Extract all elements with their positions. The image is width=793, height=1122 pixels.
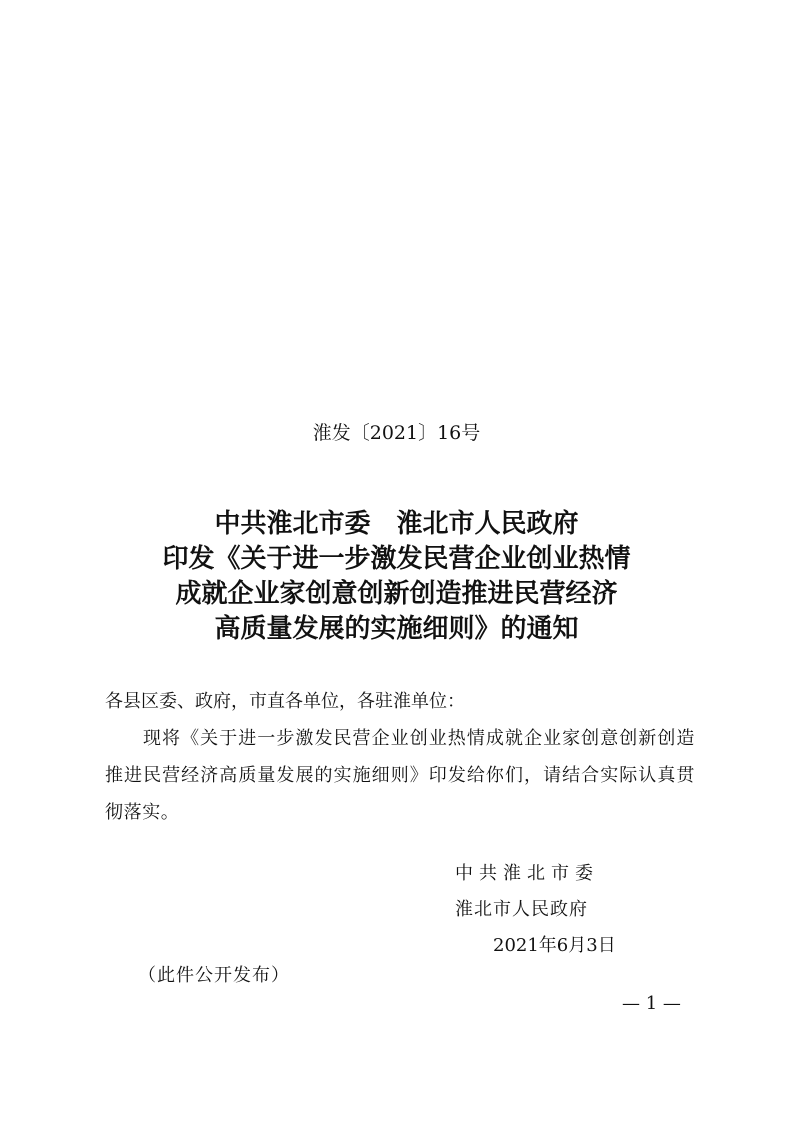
public-release-note: （此件公开发布） [138, 961, 290, 987]
title-line-4: 高质量发展的实施细则》的通知 [0, 612, 793, 647]
document-body: 各县区委、政府，市直各单位，各驻淮单位： 现将《关于进一步激发民营企业创业热情成… [105, 683, 695, 831]
body-paragraph: 现将《关于进一步激发民营企业创业热情成就企业家创意创新创造推进民营经济高质量发展… [105, 720, 695, 831]
signature-block: 中共淮北市委 淮北市人民政府 2021年6月3日 [455, 856, 616, 964]
page-number: — 1 — [622, 993, 681, 1014]
document-title: 中共淮北市委 淮北市人民政府 印发《关于进一步激发民营企业创业热情 成就企业家创… [0, 507, 793, 647]
title-line-3: 成就企业家创意创新创造推进民营经济 [0, 577, 793, 612]
document-page: 淮发〔2021〕16号 中共淮北市委 淮北市人民政府 印发《关于进一步激发民营企… [0, 0, 793, 1122]
title-line-1: 中共淮北市委 淮北市人民政府 [0, 507, 793, 542]
title-line-2: 印发《关于进一步激发民营企业创业热情 [0, 542, 793, 577]
signature-org-government: 淮北市人民政府 [455, 892, 616, 928]
signature-date: 2021年6月3日 [455, 928, 616, 964]
addressee: 各县区委、政府，市直各单位，各驻淮单位： [105, 683, 695, 720]
document-number: 淮发〔2021〕16号 [0, 418, 793, 445]
signature-org-party-committee: 中共淮北市委 [455, 856, 616, 892]
